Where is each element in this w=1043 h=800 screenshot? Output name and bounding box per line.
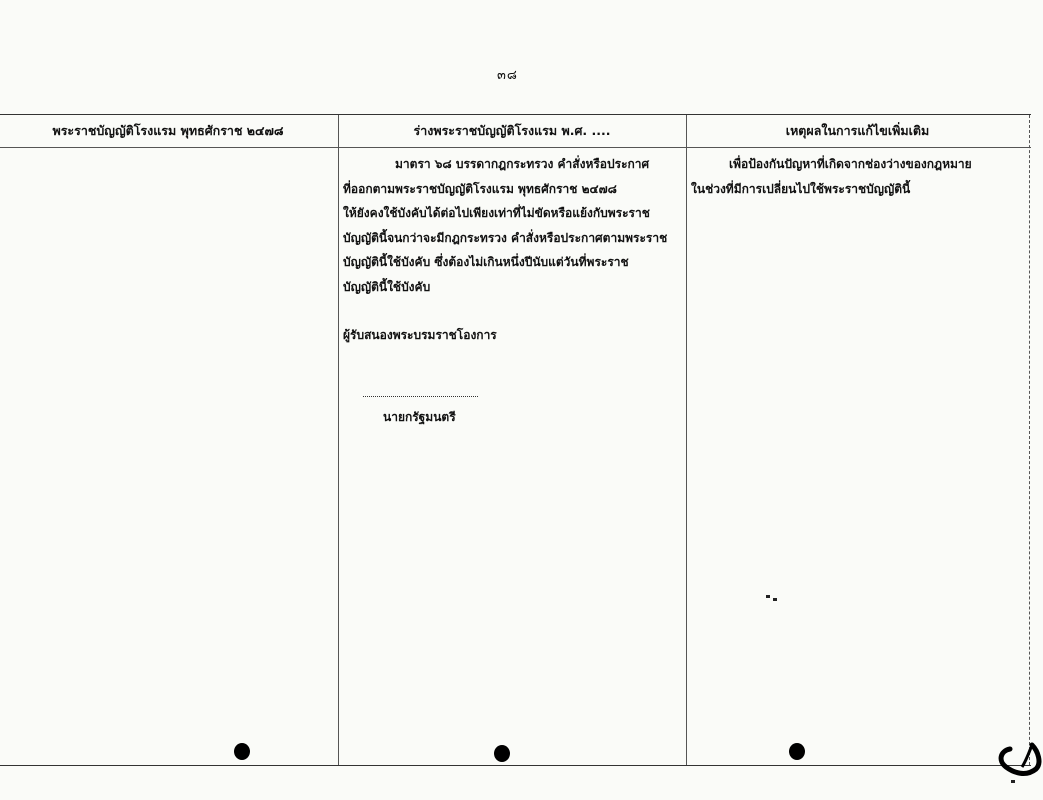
scan-speck xyxy=(766,595,770,598)
scan-speck xyxy=(773,598,777,601)
section-text-line: บัญญัตินี้จนกว่าจะมีกฎกระทรวง คำสั่งหรือ… xyxy=(343,226,681,251)
section-text-line: มาตรา ๖๘ บรรดากฎกระทรวง คำสั่งหรือประกาศ xyxy=(343,152,681,177)
binder-hole-icon xyxy=(234,743,250,760)
section-text-line: บัญญัตินี้ใช้บังคับ ซึ่งต้องไม่เกินหนึ่ง… xyxy=(343,250,681,275)
comparison-table: พระราชบัญญัติโรงแรม พุทธศักราช ๒๔๗๘ ร่าง… xyxy=(0,114,1031,766)
handwritten-mark-icon xyxy=(998,737,1042,785)
signatory-title: นายกรัฐมนตรี xyxy=(383,408,456,427)
header-current-act: พระราชบัญญัติโรงแรม พุทธศักราช ๒๔๗๘ xyxy=(0,115,338,147)
reason-text-line: ในช่วงที่มีการเปลี่ยนไปใช้พระราชบัญญัติน… xyxy=(691,177,1026,202)
column-divider xyxy=(338,115,339,765)
amendment-reason-cell: เพื่อป้องกันปัญหาที่เกิดจากช่องว่างของกฎ… xyxy=(691,148,1026,201)
section-text-line: ที่ออกตามพระราชบัญญัติโรงแรม พุทธศักราช … xyxy=(343,177,681,202)
column-divider xyxy=(686,115,687,765)
page-number: ๓๘ xyxy=(497,64,518,85)
header-amendment-reason: เหตุผลในการแก้ไขเพิ่มเติม xyxy=(686,115,1029,147)
signature-line xyxy=(363,396,478,397)
draft-act-cell: มาตรา ๖๘ บรรดากฎกระทรวง คำสั่งหรือประกาศ… xyxy=(343,148,681,348)
section-text-line: บัญญัตินี้ใช้บังคับ xyxy=(343,275,681,300)
section-text-line: ให้ยังคงใช้บังคับได้ต่อไปเพียงเท่าที่ไม่… xyxy=(343,201,681,226)
table-right-border xyxy=(1029,115,1030,765)
binder-hole-icon xyxy=(789,743,805,760)
reason-text-line: เพื่อป้องกันปัญหาที่เกิดจากช่องว่างของกฎ… xyxy=(691,152,1026,177)
binder-hole-icon xyxy=(494,745,510,762)
header-draft-act: ร่างพระราชบัญญัติโรงแรม พ.ศ. .... xyxy=(338,115,686,147)
royal-command-text: ผู้รับสนองพระบรมราชโองการ xyxy=(343,323,681,348)
